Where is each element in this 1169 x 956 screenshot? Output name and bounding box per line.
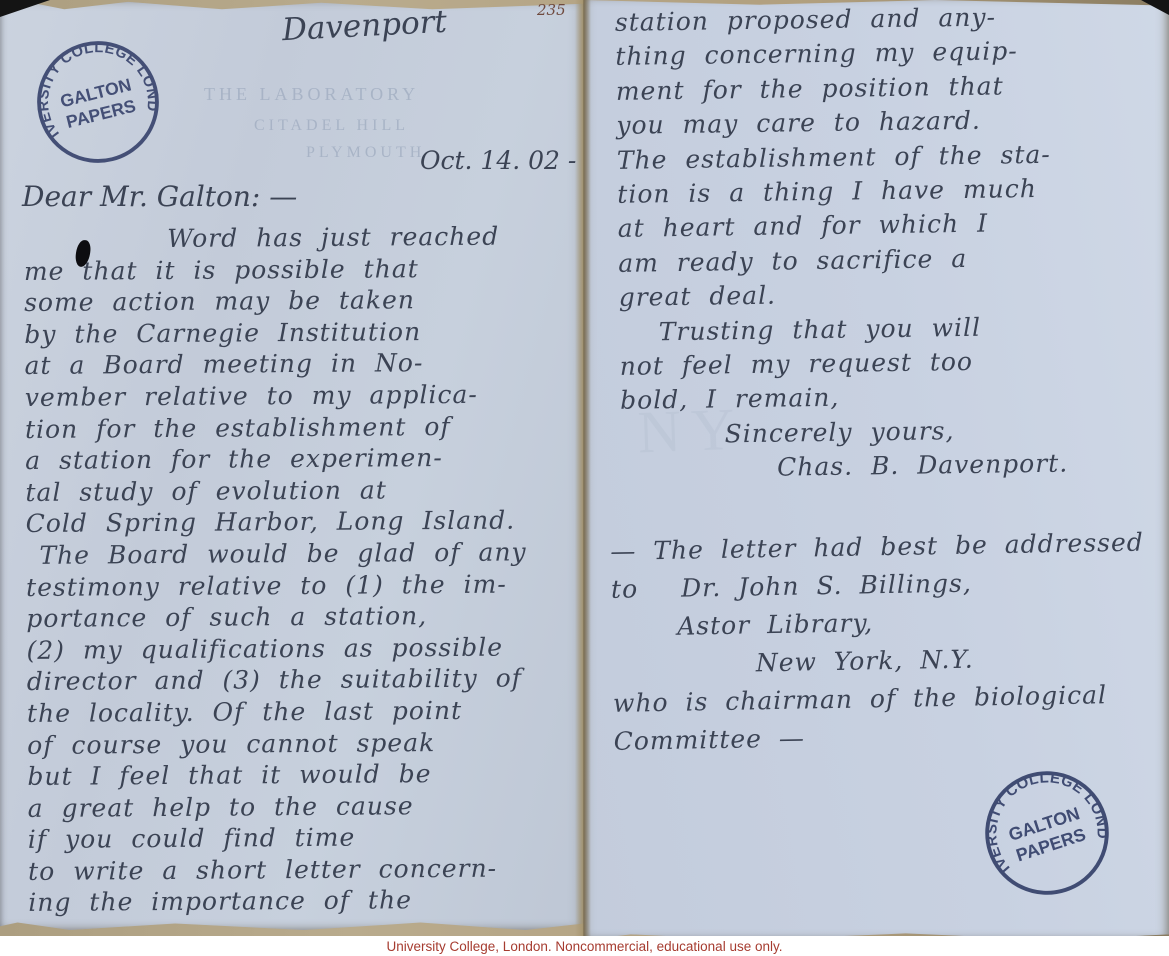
letter-body-left-page: Word has just reached me that it is poss… [24,220,585,919]
letter-body-right-page: station proposed and any- thing concerni… [615,0,1169,487]
letter-date: Oct. 14. 02 - [420,146,576,175]
letter-postscript: — The letter had best be addressed to Dr… [610,523,1169,761]
scanned-letter: 235 Davenport THE LABORATORY CITADEL HIL… [0,0,1169,956]
usage-caption-text: University College, London. Noncommercia… [387,939,783,954]
letter-salutation: Dear Mr. Galton: — [22,180,297,213]
letterhead-line-2: CITADEL HILL [254,117,409,135]
letterhead-line-1: THE LABORATORY [204,84,419,105]
letterhead-line-3: PLYMOUTH [306,144,425,162]
usage-caption-bar: University College, London. Noncommercia… [0,936,1169,956]
archive-page-number: 235 [537,1,566,19]
